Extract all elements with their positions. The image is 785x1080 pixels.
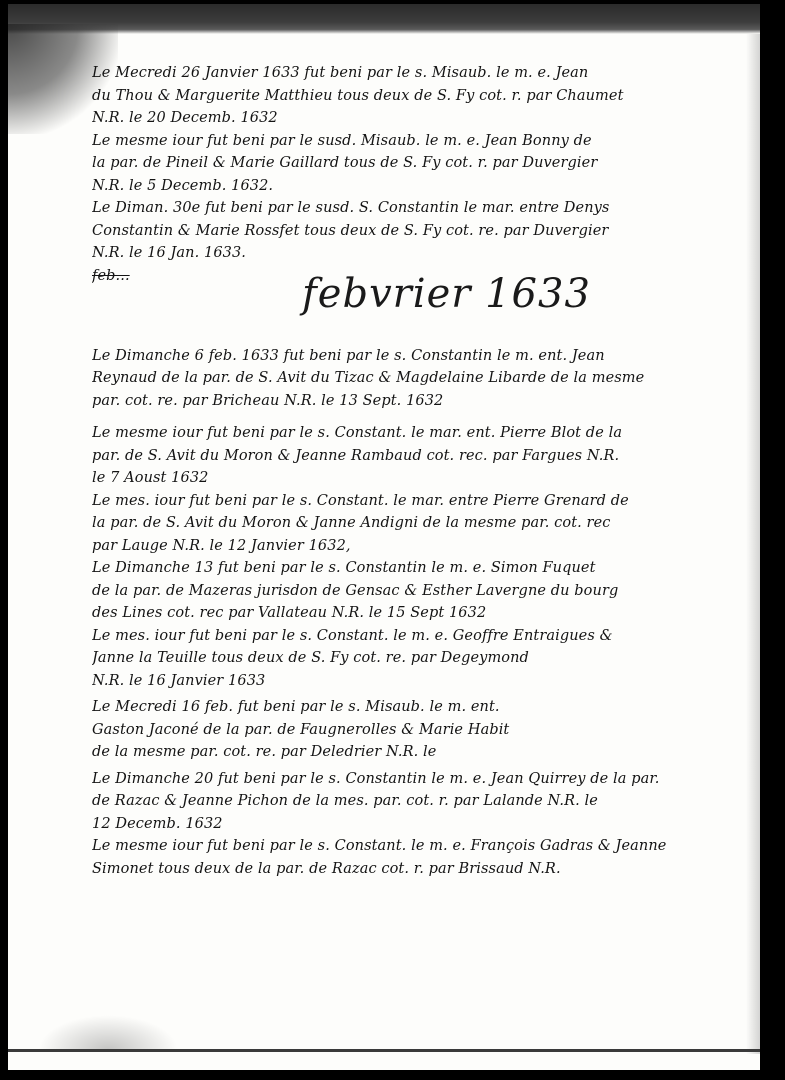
register-entry-5: Le mesme iour fut beni par le s. Constan…	[92, 422, 712, 490]
entry-line: le 7 Aoust 1632	[92, 467, 712, 490]
page-bottom-edge	[8, 1049, 760, 1052]
entry-line: Constantin & Marie Rossfet tous deux de …	[92, 220, 712, 243]
entry-line: Reynaud de la par. de S. Avit du Tizac &…	[92, 367, 712, 390]
register-entry-8: Le mes. iour fut beni par le s. Constant…	[92, 625, 712, 693]
entry-line: N.R. le 16 Jan. 1633.	[92, 242, 712, 265]
scanned-page-background: Le Mecredi 26 Janvier 1633 fut beni par …	[0, 0, 785, 1080]
entry-line: Janne la Teuille tous deux de S. Fy cot.…	[92, 647, 712, 670]
entry-line: N.R. le 20 Decemb. 1632	[92, 107, 712, 130]
entry-line: de la mesme par. cot. re. par Deledrier …	[92, 741, 712, 764]
page-right-edge	[746, 34, 760, 1054]
binding-shadow	[8, 4, 760, 34]
entry-line: de Razac & Jeanne Pichon de la mes. par.…	[92, 790, 712, 813]
entry-line: des Lines cot. rec par Vallateau N.R. le…	[92, 602, 712, 625]
entry-line: Le mesme iour fut beni par le susd. Misa…	[92, 130, 712, 153]
entry-line: par Lauge N.R. le 12 Janvier 1632,	[92, 535, 712, 558]
entry-line: Le Mecredi 26 Janvier 1633 fut beni par …	[92, 62, 712, 85]
entry-line: Simonet tous deux de la par. de Razac co…	[92, 858, 712, 881]
entry-line: Le Dimanche 6 feb. 1633 fut beni par le …	[92, 345, 712, 368]
register-entry-9: Le Mecredi 16 feb. fut beni par le s. Mi…	[92, 696, 712, 764]
register-entry-1: Le Mecredi 26 Janvier 1633 fut beni par …	[92, 62, 712, 130]
register-page: Le Mecredi 26 Janvier 1633 fut beni par …	[8, 4, 760, 1070]
entry-line: 12 Decemb. 1632	[92, 813, 712, 836]
month-heading-section: feb... febvrier 1633	[92, 265, 712, 335]
entry-line: Le mesme iour fut beni par le s. Constan…	[92, 835, 712, 858]
entry-line: N.R. le 16 Janvier 1633	[92, 670, 712, 693]
register-entry-3: Le Diman. 30e fut beni par le susd. S. C…	[92, 197, 712, 265]
entry-line: Le Dimanche 20 fut beni par le s. Consta…	[92, 768, 712, 791]
entry-line: Le Dimanche 13 fut beni par le s. Consta…	[92, 557, 712, 580]
entry-line: Le mes. iour fut beni par le s. Constant…	[92, 490, 712, 513]
entry-line: Le Mecredi 16 feb. fut beni par le s. Mi…	[92, 696, 712, 719]
entry-line: N.R. le 5 Decemb. 1632.	[92, 175, 712, 198]
entry-line: de la par. de Mazeras jurisdon de Gensac…	[92, 580, 712, 603]
register-entry-6: Le mes. iour fut beni par le s. Constant…	[92, 490, 712, 558]
entry-line: la par. de S. Avit du Moron & Janne Andi…	[92, 512, 712, 535]
bottom-smudge	[38, 1015, 178, 1050]
entry-line: par. de S. Avit du Moron & Jeanne Rambau…	[92, 445, 712, 468]
register-entry-11: Le mesme iour fut beni par le s. Constan…	[92, 835, 712, 880]
entry-line: Le Diman. 30e fut beni par le susd. S. C…	[92, 197, 712, 220]
entry-line: Gaston Jaconé de la par. de Faugnerolles…	[92, 719, 712, 742]
month-heading: febvrier 1633	[302, 269, 591, 319]
register-entry-10: Le Dimanche 20 fut beni par le s. Consta…	[92, 768, 712, 836]
entry-line: Le mes. iour fut beni par le s. Constant…	[92, 625, 712, 648]
entry-line: par. cot. re. par Bricheau N.R. le 13 Se…	[92, 390, 712, 413]
entry-line: du Thou & Marguerite Matthieu tous deux …	[92, 85, 712, 108]
register-entry-2: Le mesme iour fut beni par le susd. Misa…	[92, 130, 712, 198]
register-text: Le Mecredi 26 Janvier 1633 fut beni par …	[92, 62, 712, 880]
entry-line: la par. de Pineil & Marie Gaillard tous …	[92, 152, 712, 175]
register-entry-4: Le Dimanche 6 feb. 1633 fut beni par le …	[92, 345, 712, 413]
entry-line: Le mesme iour fut beni par le s. Constan…	[92, 422, 712, 445]
register-entry-7: Le Dimanche 13 fut beni par le s. Consta…	[92, 557, 712, 625]
